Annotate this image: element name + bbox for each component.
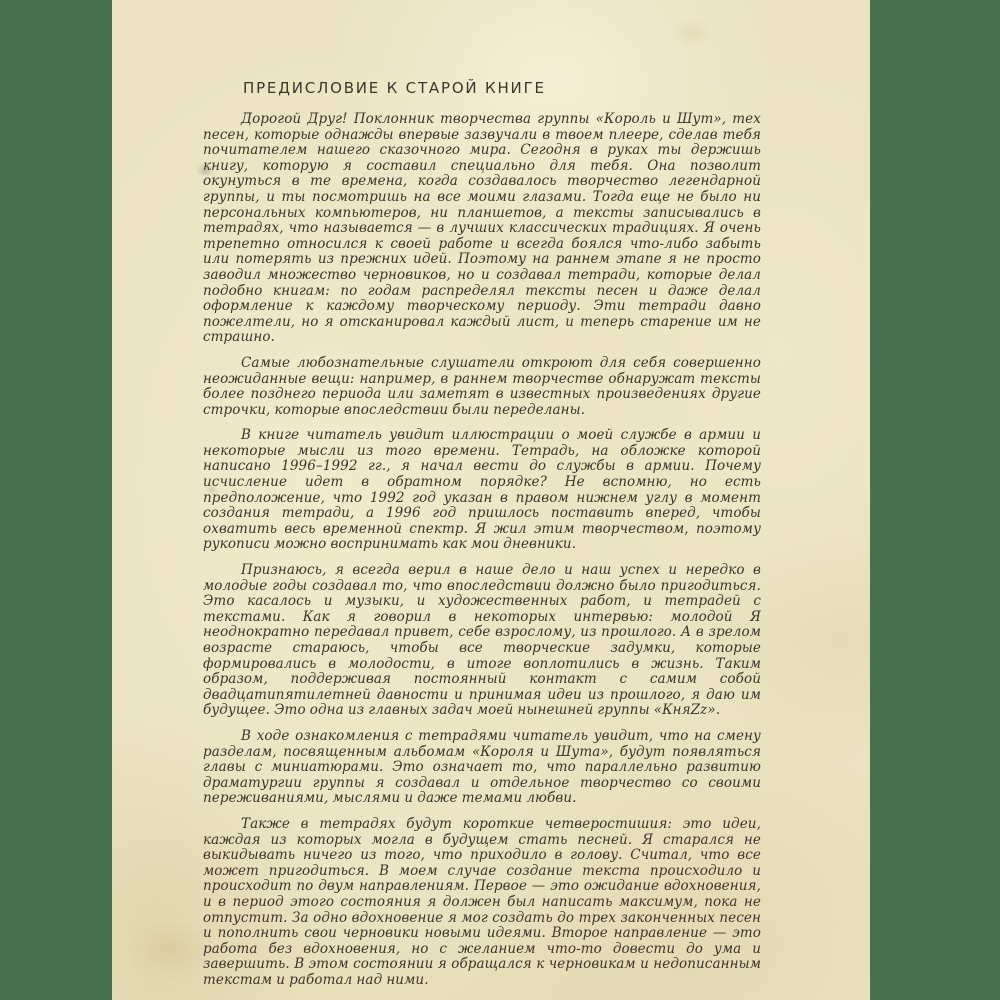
preface-text: Дорогой Друг! Поклонник творчества групп… xyxy=(203,112,761,988)
page-title: ПРЕДИСЛОВИЕ К СТАРОЙ КНИГЕ xyxy=(243,80,761,96)
book-page: ПРЕДИСЛОВИЕ К СТАРОЙ КНИГЕ Дорогой Друг!… xyxy=(112,0,870,1000)
paragraph-quatrains: Также в тетрадях будут короткие четверос… xyxy=(203,817,761,989)
paper-stain xyxy=(672,20,712,46)
page-content: ПРЕДИСЛОВИЕ К СТАРОЙ КНИГЕ Дорогой Друг!… xyxy=(203,80,761,998)
paragraph-army-notebook: В книге читатель увидит иллюстрации о мо… xyxy=(203,428,761,553)
paragraph-chapters: В ходе ознакомления с тетрадями читатель… xyxy=(203,729,761,807)
paragraph-discoveries: Самые любознательные слушатели откроют д… xyxy=(203,356,761,418)
paragraph-intro: Дорогой Друг! Поклонник творчества групп… xyxy=(203,112,761,346)
scan-background: ПРЕДИСЛОВИЕ К СТАРОЙ КНИГЕ Дорогой Друг!… xyxy=(0,0,1000,1000)
paragraph-belief: Признаюсь, я всегда верил в наше дело и … xyxy=(203,563,761,719)
